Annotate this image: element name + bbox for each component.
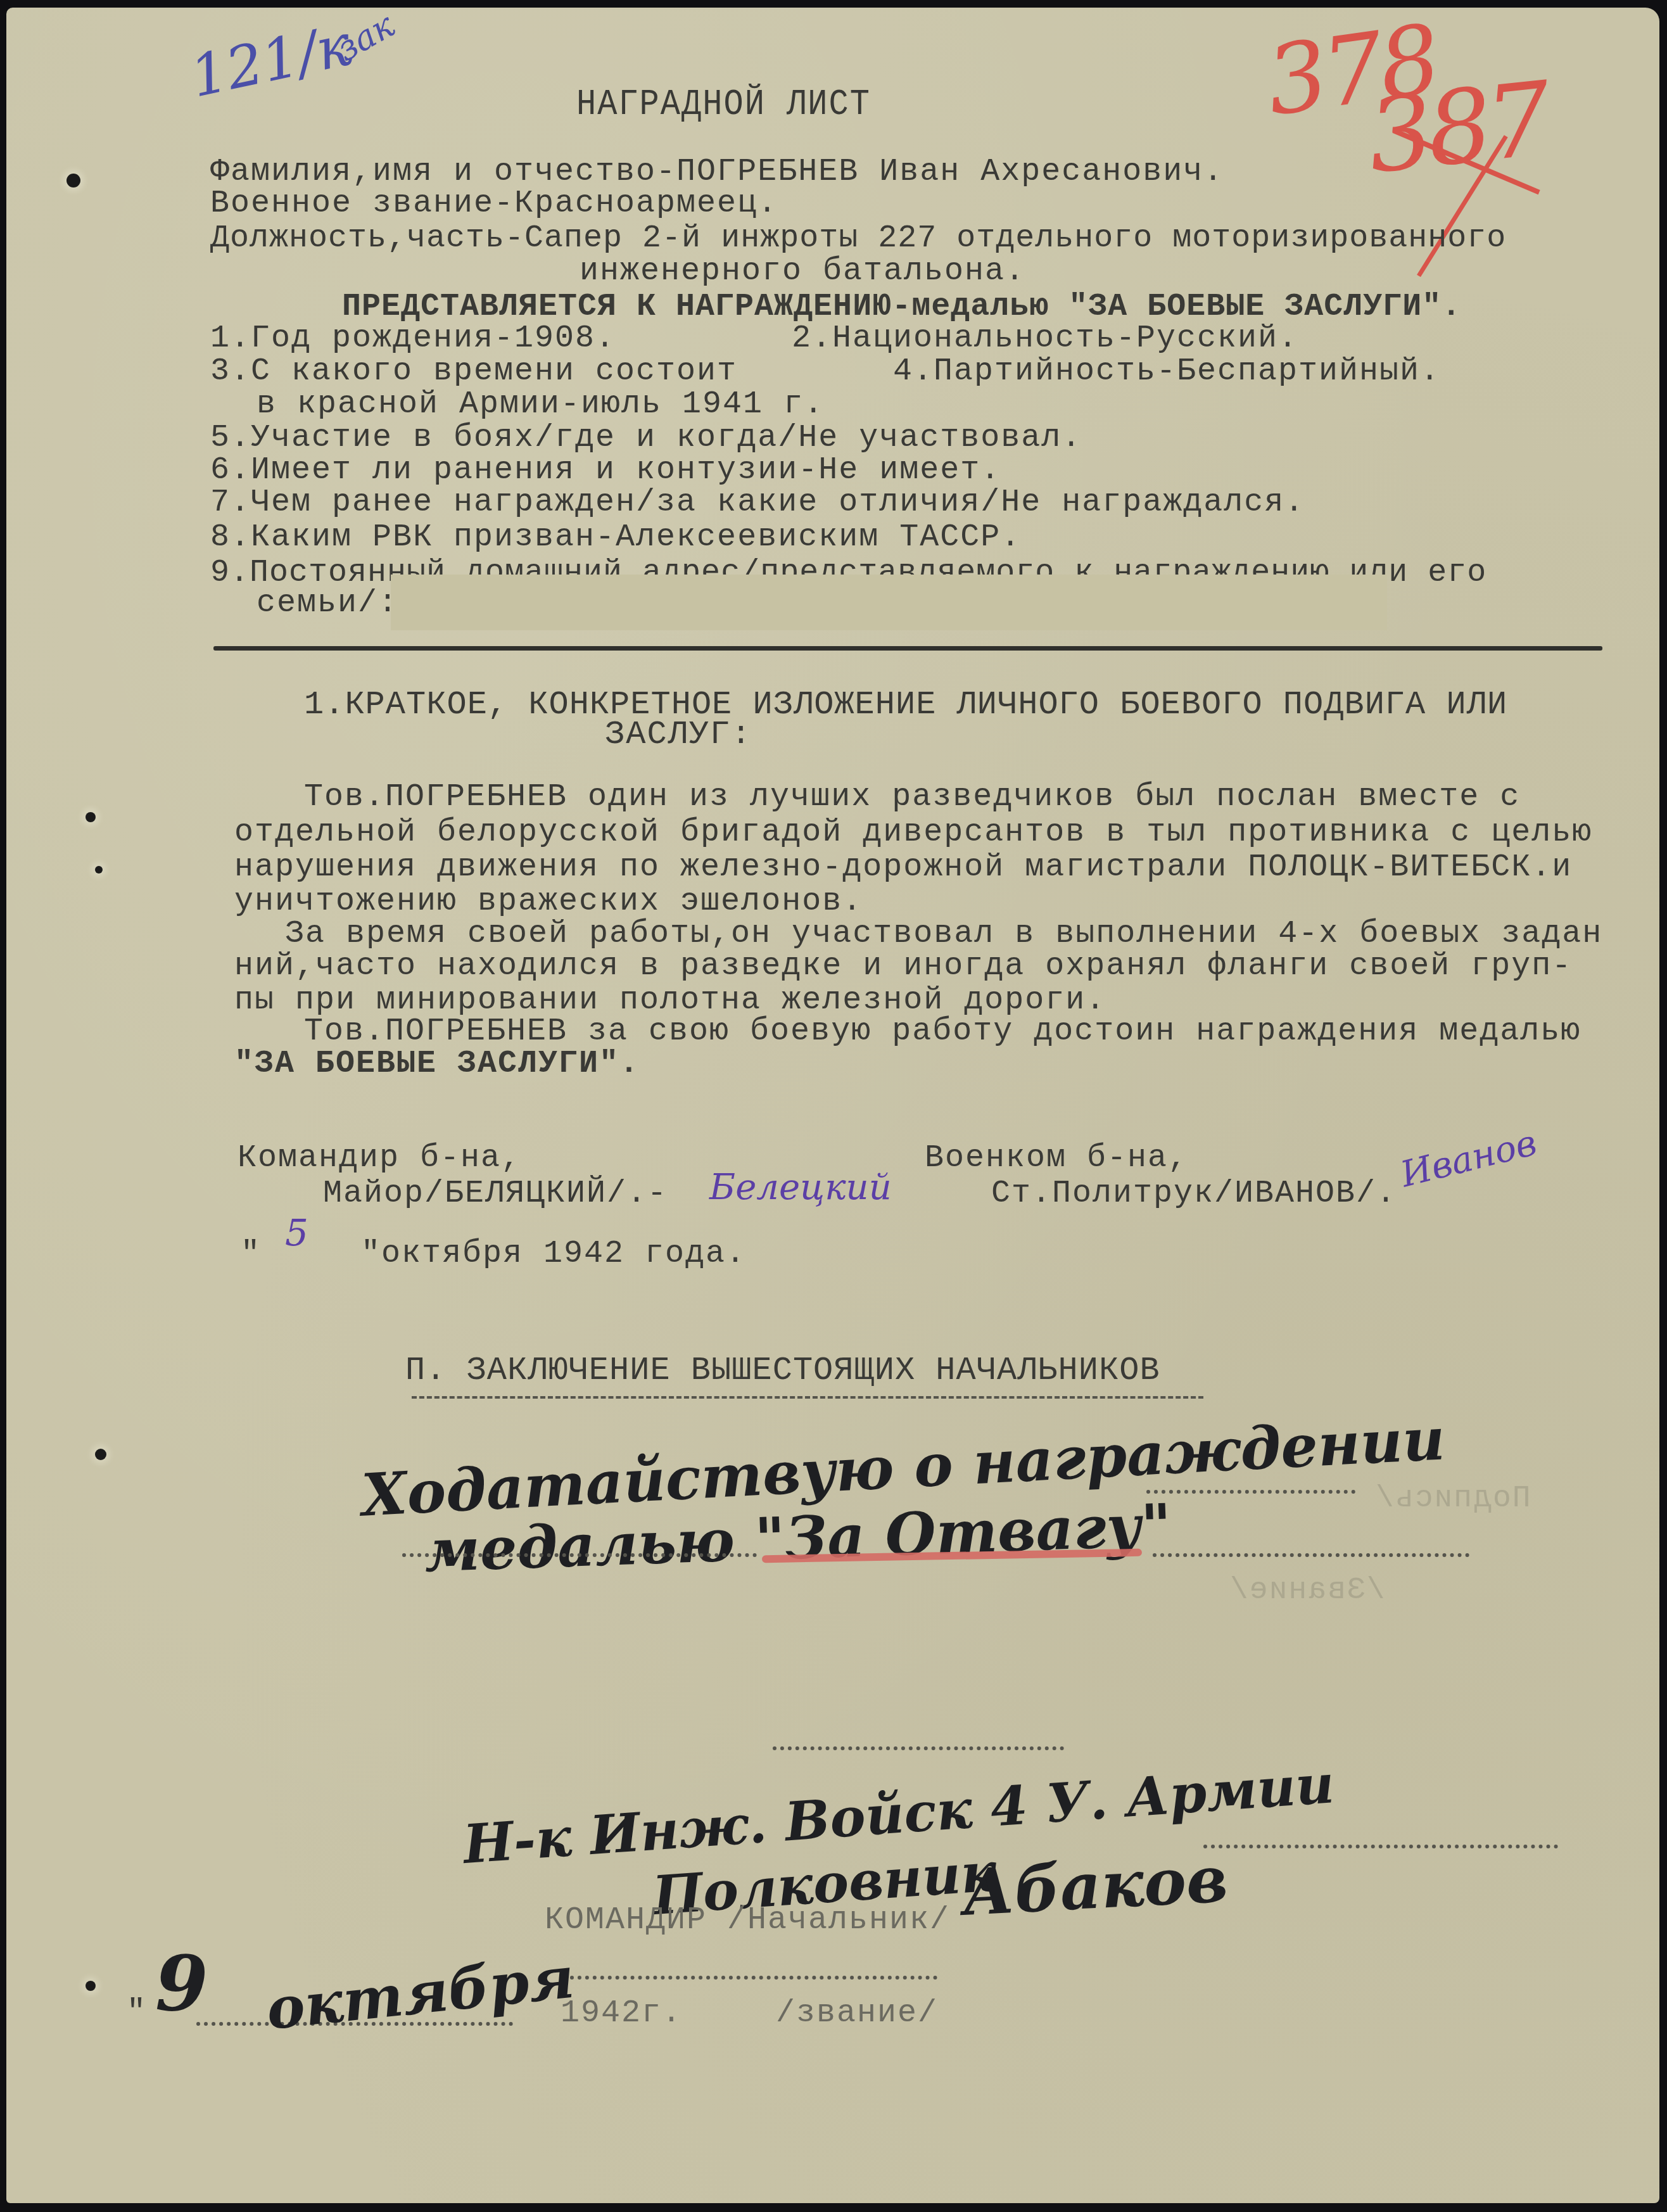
- nomination-line: ПРЕДСТАВЛЯЕТСЯ К НАГРАЖДЕНИЮ-медалью "ЗА…: [342, 291, 1461, 323]
- field-party: 4.Партийность-Беспартийный.: [893, 356, 1440, 388]
- date-quote: ": [241, 1238, 261, 1270]
- date-day: 5: [285, 1214, 308, 1251]
- rank-label: /звание/: [776, 1998, 938, 2030]
- field-birth-year: 1.Год рождения-1908.: [210, 323, 616, 355]
- commander-label: КОМАНДИР /Начальник/: [545, 1905, 950, 1936]
- field-wounds: 6.Имеет ли ранения и контузии-Не имеет.: [210, 455, 1001, 486]
- section-separator: [213, 646, 1602, 651]
- section1-line-7: пы при минировании полотна железной доро…: [234, 985, 1106, 1017]
- final-dotted-line-right: [1203, 1845, 1558, 1848]
- binding-hole-5: [86, 1981, 96, 1991]
- final-dotted-line-top: [773, 1746, 1064, 1750]
- field-previous-awards: 7.Чем ранее награжден/за какие отличия/Н…: [210, 487, 1305, 519]
- commander-title: Командир б-на,: [238, 1143, 521, 1174]
- signature-dotted-line-2: [402, 1553, 757, 1557]
- section1-line-9: "ЗА БОЕВЫЕ ЗАСЛУГИ".: [234, 1048, 640, 1080]
- signature-dotted-line-1: [1146, 1490, 1355, 1494]
- final-date-year: 1942г.: [561, 1998, 682, 2030]
- commissar-signature: Иванов: [1397, 1125, 1540, 1193]
- margin-note: 121/к: [186, 16, 356, 106]
- section1-line-2: отдельной белорусской бригадой диверсант…: [234, 817, 1592, 849]
- approver-signature: Абаков: [961, 1847, 1229, 1924]
- field-battles: 5.Участие в боях/где и когда/Не участвов…: [210, 423, 1082, 454]
- field-draft-office: 8.Каким РВК призван-Алексеевиским ТАССР.: [210, 522, 1021, 554]
- final-date-month: октября: [264, 1949, 577, 2038]
- field-home-address-cont: семьи/:: [257, 588, 398, 620]
- final-date-day: 9: [155, 1946, 208, 2022]
- section1-line-8: Тов.ПОГРЕБНЕВ за свою боевую работу дост…: [304, 1016, 1581, 1048]
- redacted-address: [391, 575, 1387, 630]
- commander-signature: Белецкий: [709, 1170, 892, 1205]
- final-dotted-line-rank: [570, 1976, 937, 1980]
- binding-hole-3: [95, 866, 103, 874]
- binding-hole-2: [86, 812, 96, 822]
- signature-dotted-line-3: [1153, 1553, 1469, 1557]
- position-line-2: инженерного батальона.: [580, 256, 1025, 288]
- binding-hole-1: [67, 174, 80, 188]
- name-line: Фамилия,имя и отчество-ПОГРЕБНЕВ Иван Ах…: [210, 156, 1224, 188]
- rank-line: Военное звание-Красноармеец.: [210, 188, 778, 220]
- section1-heading-cont: ЗАСЛУГ:: [605, 718, 752, 751]
- position-line-1: Должность,часть-Сапер 2-й инжроты 227 от…: [210, 223, 1506, 255]
- field-nationality: 2.Национальность-Русский.: [792, 323, 1298, 355]
- section1-line-6: ний,часто находился в разведке и иногда …: [234, 951, 1572, 982]
- section1-heading: 1.КРАТКОЕ, КОНКРЕТНОЕ ИЗЛОЖЕНИЕ ЛИЧНОГО …: [304, 689, 1507, 721]
- binding-hole-4: [95, 1449, 106, 1460]
- commander-name: Майор/БЕЛЯЦКИЙ/.-: [323, 1178, 668, 1210]
- date-rest: "октября 1942 года.: [361, 1238, 746, 1270]
- commissar-title: Военком б-на,: [925, 1143, 1188, 1174]
- field-service-since: 3.С какого времени состоит: [210, 356, 737, 388]
- section1-line-1: Тов.ПОГРЕБНЕВ один из лучших разведчиков…: [304, 782, 1520, 813]
- award-sheet-paper: 121/к зак 378 387 НАГРАДНОЙ ЛИСТ Фамилия…: [6, 8, 1659, 2203]
- section1-line-3: нарушения движения по железно-дорожной м…: [234, 852, 1572, 884]
- section2-heading: П. ЗАКЛЮЧЕНИЕ ВЫШЕСТОЯЩИХ НАЧАЛЬНИКОВ: [405, 1354, 1160, 1387]
- bleed-through-text-1: Подпись/: [1374, 1484, 1530, 1514]
- section1-line-4: уничтожению вражеских эшелонов.: [234, 886, 863, 918]
- field-service-since-value: в красной Армии-июль 1941 г.: [257, 389, 824, 421]
- commissar-name: Ст.Политрук/ИВАНОВ/.: [991, 1178, 1397, 1210]
- bleed-through-text-2: /Звание/: [1229, 1575, 1385, 1606]
- red-number-crossed: 387: [1363, 68, 1551, 188]
- document-title: НАГРАДНОЙ ЛИСТ: [576, 87, 871, 123]
- final-date-quote: ": [127, 1997, 147, 2028]
- section1-line-5: За время своей работы,он участвовал в вы…: [285, 918, 1602, 950]
- section2-heading-underline: [412, 1396, 1203, 1399]
